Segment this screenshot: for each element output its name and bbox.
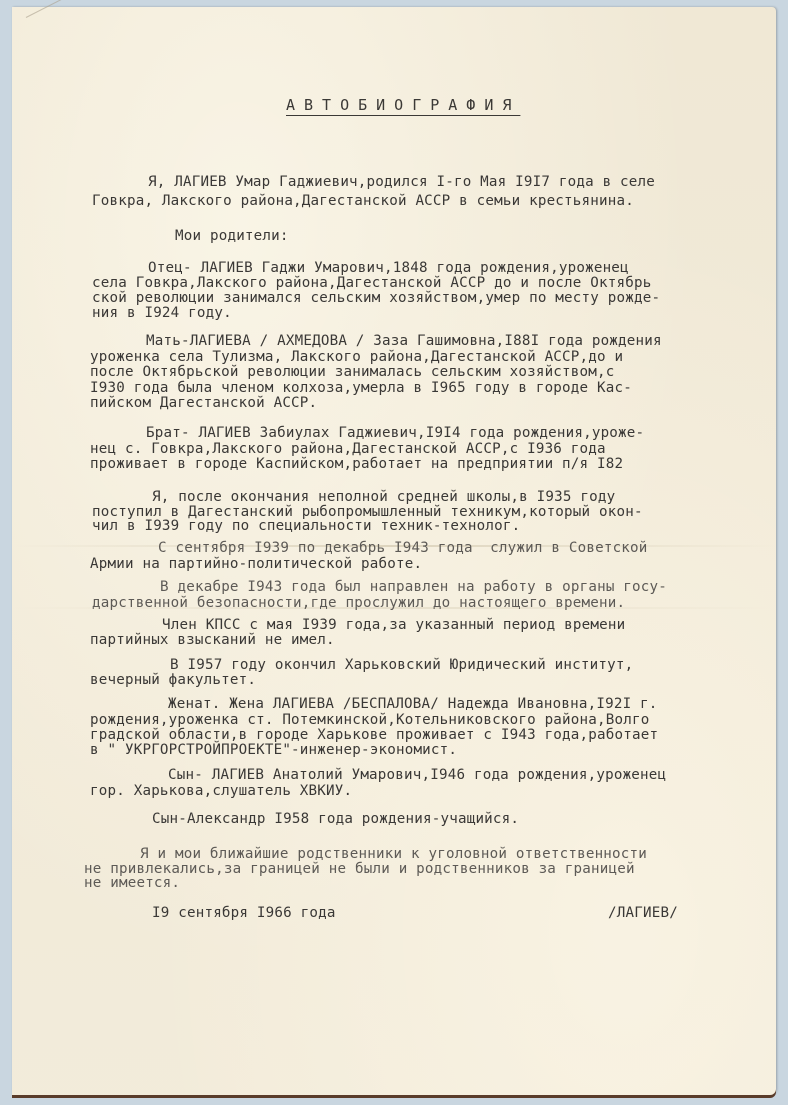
paragraph-law-institute-line: вечерный факультет. xyxy=(90,672,256,688)
paragraph-son-anatoly-line: гор. Харькова,слушатель ХВКИУ. xyxy=(90,783,352,799)
paragraph-father-line: села Говкра,Лакского района,Дагестанской… xyxy=(92,275,651,291)
paragraph-mother-line: Мать-ЛАГИЕВА / АХМЕДОВА / Заза Гашимовна… xyxy=(146,333,662,349)
paragraph-education-line: Я, после окончания неполной средней школ… xyxy=(152,489,615,505)
document-date: I9 сентября I966 года xyxy=(152,905,336,921)
paragraph-mother-line: I930 года была членом колхоза,умерла в I… xyxy=(90,380,632,396)
autobiography-document: АВТОБИОГРАФИЯ Я, ЛАГИЕВ Умар Гаджиевич,р… xyxy=(0,0,788,1105)
paragraph-party-line: партийных взысканий не имел. xyxy=(90,632,335,648)
paragraph-wife-line: рождения,уроженка ст. Потемкинской,Котел… xyxy=(90,712,649,728)
paragraph-army-line: Армии на партийно-политической работе. xyxy=(90,556,422,572)
paragraph-security-line: дарственной безопасности,где прослужил д… xyxy=(92,595,625,611)
paragraph-brother-line: Брат- ЛАГИЕВ Забиулах Гаджиевич,I9I4 год… xyxy=(146,425,644,441)
paragraph-army-line: С сентября I939 по декабрь I943 года слу… xyxy=(158,540,648,556)
paragraph-father-line: ния в I924 году. xyxy=(92,305,232,321)
paragraph-party-line: Член КПСС с мая I939 года,за указанный п… xyxy=(162,617,625,633)
paragraph-brother-line: проживает в городе Каспийском,работает н… xyxy=(90,456,623,472)
paragraph-mother-line: после Октябрьской революции занималась с… xyxy=(90,364,615,380)
paragraph-criminal-record-line: не имеется. xyxy=(84,875,180,891)
paragraph-mother-line: уроженка села Тулизма, Лакского района,Д… xyxy=(90,349,623,365)
paragraph-wife-line: Женат. Жена ЛАГИЕВА /БЕСПАЛОВА/ Надежда … xyxy=(168,696,658,712)
paragraph-mother-line: пийском Дагестанской АССР. xyxy=(90,395,317,411)
signature: /ЛАГИЕВ/ xyxy=(608,905,678,921)
paragraph-father-line: ской революции занимался сельским хозяйс… xyxy=(92,290,660,306)
paragraph-criminal-record-line: Я и мои ближайшие родственники к уголовн… xyxy=(140,846,647,862)
paragraph-intro-line: Я, ЛАГИЕВ Умар Гаджиевич,родился I-го Ма… xyxy=(148,174,655,190)
paragraph-intro-line: Говкра, Лакского района,Дагестанской АСС… xyxy=(92,193,634,209)
paragraph-wife-line: градской области,в городе Харькове прожи… xyxy=(90,727,658,743)
paragraph-son-anatoly-line: Сын- ЛАГИЕВ Анатолий Умарович,I946 года … xyxy=(168,767,666,783)
paragraph-son-alexander-line: Сын-Александр I958 года рождения-учащийс… xyxy=(152,811,519,827)
paragraph-wife-line: в " УКРГОРСТРОЙПРОЕКТЕ"-инженер-экономис… xyxy=(90,742,457,758)
paragraph-brother-line: нец с. Говкра,Лакского района,Дагестанск… xyxy=(90,441,606,457)
parents-heading: Мои родители: xyxy=(175,228,289,244)
paragraph-law-institute-line: В I957 году окончил Харьковский Юридичес… xyxy=(170,657,633,673)
paragraph-education-line: чил в I939 году по специальности техник-… xyxy=(92,518,520,534)
paragraph-security-line: В декабре I943 года был направлен на раб… xyxy=(160,579,667,595)
paragraph-father-line: Отец- ЛАГИЕВ Гаджи Умарович,1848 года ро… xyxy=(148,260,629,276)
document-title: АВТОБИОГРАФИЯ xyxy=(286,96,520,114)
